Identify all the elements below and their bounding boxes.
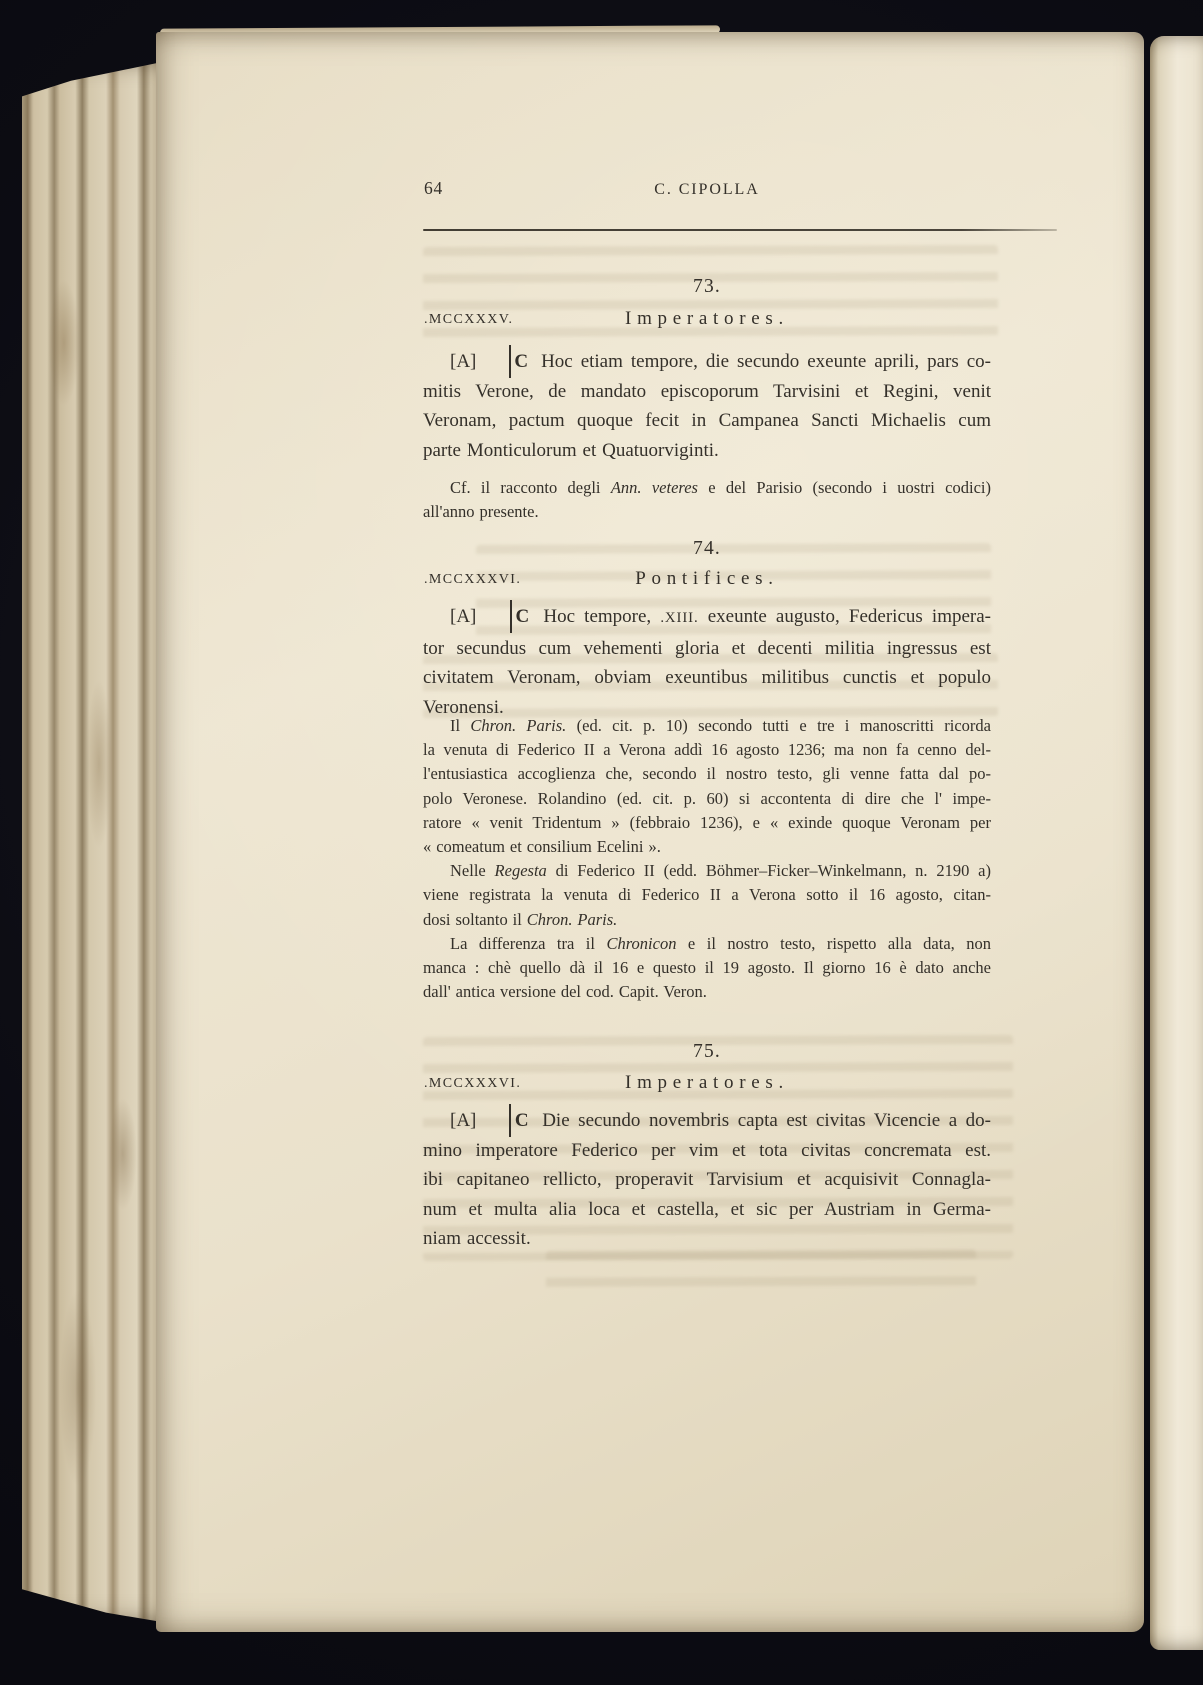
text-run: viene registrata la venuta di Federico I… (423, 885, 991, 904)
text-run: Cf. il racconto degli (450, 478, 611, 497)
text-line: l'entusiastica accoglienza che, secondo … (423, 762, 991, 786)
text-run: parte Monticulorum et Quatuorviginti. (423, 440, 719, 461)
text-run: [A] (450, 351, 484, 372)
text-line: parte Monticulorum et Quatuorviginti. (423, 436, 991, 466)
header-rule (423, 229, 1057, 231)
note-paragraph: La differenza tra il Chronicon e il nost… (423, 932, 991, 1005)
text-line: manca : chè quello dà il 16 e questo il … (423, 956, 991, 980)
text-line: [A] C Die secundo novembris capta est ci… (423, 1106, 991, 1136)
section-heading: Imperatores. (423, 1072, 991, 1094)
capitulum-icon: C (484, 347, 533, 377)
body-paragraph: [A] C Hoc tempore, .XIII. exeunte august… (423, 602, 991, 722)
text-run: e il nostro testo, rispetto alla data, n… (676, 934, 991, 953)
text-run: [A] (450, 1110, 485, 1131)
text-run: mino imperatore Federico per vim et tota… (423, 1140, 991, 1161)
text-line: Cf. il racconto degli Ann. veteres e del… (423, 476, 991, 500)
text-run: dosi soltanto il (423, 910, 527, 929)
text-line: ratore « venit Tridentum » (febbraio 123… (423, 811, 991, 835)
text-line: « comeatum et consilium Ecelini ». (423, 835, 991, 859)
text-line: num et multa alia loca et castella, et s… (423, 1195, 991, 1225)
text-line: mitis Verone, de mandato episcoporum Tar… (423, 377, 991, 407)
text-run: Il (450, 716, 470, 735)
text-run: Chronicon (606, 934, 676, 953)
text-line: all'anno presente. (423, 500, 991, 524)
text-run: dall' antica versione del cod. Capit. Ve… (423, 982, 707, 1001)
text-line: tor secundus cum vehementi gloria et dec… (423, 634, 991, 664)
text-block: 64 C. CIPOLLA 73. .MCCXXXV. Imperatores.… (423, 32, 991, 1632)
text-run: Hoc etiam tempore, die secundo exeunte a… (533, 351, 991, 372)
body-paragraph: [A] C Hoc etiam tempore, die secundo exe… (423, 347, 991, 465)
notes-block: Il Chron. Paris. (ed. cit. p. 10) second… (423, 714, 991, 1004)
section-heading: Pontifices. (423, 568, 991, 590)
note-paragraph: Il Chron. Paris. (ed. cit. p. 10) second… (423, 714, 991, 859)
text-line: niam accessit. (423, 1224, 991, 1254)
section-number: 74. (423, 538, 991, 560)
text-run: Veronam, pactum quoque fecit in Campanea… (423, 410, 991, 431)
text-run: niam accessit. (423, 1228, 531, 1249)
text-line: Veronam, pactum quoque fecit in Campanea… (423, 406, 991, 436)
note-paragraph: Cf. il racconto degli Ann. veteres e del… (423, 476, 991, 524)
text-line: la venuta di Federico II a Verona addì 1… (423, 738, 991, 762)
book-page: 64 C. CIPOLLA 73. .MCCXXXV. Imperatores.… (156, 32, 1144, 1632)
text-run: manca : chè quello dà il 16 e questo il … (423, 958, 991, 977)
text-line: dosi soltanto il Chron. Paris. (423, 908, 991, 932)
text-line: dall' antica versione del cod. Capit. Ve… (423, 980, 991, 1004)
text-run: di Federico II (edd. Böhmer–Ficker–Winke… (547, 861, 991, 880)
text-run: mitis Verone, de mandato episcoporum Tar… (423, 381, 991, 402)
capitulum-icon: C (485, 1106, 534, 1136)
text-run: l'entusiastica accoglienza che, secondo … (423, 764, 991, 783)
adjacent-page-edge (1150, 36, 1203, 1650)
text-run: la venuta di Federico II a Verona addì 1… (423, 740, 991, 759)
running-header: C. CIPOLLA (423, 181, 991, 199)
text-line: mino imperatore Federico per vim et tota… (423, 1136, 991, 1166)
text-run: [A] (450, 606, 486, 627)
book-photo: 64 C. CIPOLLA 73. .MCCXXXV. Imperatores.… (0, 0, 1203, 1685)
text-run: civitatem Veronam, obviam exeuntibus mil… (423, 667, 991, 688)
text-line: polo Veronese. Rolandino (ed. cit. p. 60… (423, 787, 991, 811)
text-run: polo Veronese. Rolandino (ed. cit. p. 60… (423, 789, 991, 808)
body-paragraph: [A] C Die secundo novembris capta est ci… (423, 1106, 991, 1254)
text-run: .XIII. (660, 610, 698, 626)
note-paragraph: Nelle Regesta di Federico II (edd. Böhme… (423, 859, 991, 932)
section-heading: Imperatores. (423, 308, 991, 330)
text-run: Die secundo novembris capta est civitas … (534, 1110, 991, 1131)
text-run: all'anno presente. (423, 502, 539, 521)
page-stack-edges (22, 62, 162, 1622)
text-run: Chron. Paris. (527, 910, 618, 929)
text-line: ibi capitaneo rellicto, properavit Tarvi… (423, 1165, 991, 1195)
capitulum-icon: C (486, 602, 535, 632)
text-line: [A] C Hoc tempore, .XIII. exeunte august… (423, 602, 991, 634)
text-run: Hoc tempore, (534, 606, 660, 627)
text-line: viene registrata la venuta di Federico I… (423, 883, 991, 907)
text-run: (ed. cit. p. 10) secondo tutti e tre i m… (566, 716, 991, 735)
text-run: Chron. Paris. (470, 716, 566, 735)
text-run: ratore « venit Tridentum » (febbraio 123… (423, 813, 991, 832)
text-line: La differenza tra il Chronicon e il nost… (423, 932, 991, 956)
text-run: Nelle (450, 861, 495, 880)
text-line: civitatem Veronam, obviam exeuntibus mil… (423, 663, 991, 693)
text-run: ibi capitaneo rellicto, properavit Tarvi… (423, 1169, 991, 1190)
section-number: 75. (423, 1041, 991, 1063)
text-line: Il Chron. Paris. (ed. cit. p. 10) second… (423, 714, 991, 738)
text-run: exeunte augusto, Federicus impera- (699, 606, 991, 627)
text-run: e del Parisio (secondo i uostri codici) (698, 478, 991, 497)
text-run: « comeatum et consilium Ecelini ». (423, 837, 661, 856)
text-run: La differenza tra il (450, 934, 606, 953)
text-run: Regesta (495, 861, 547, 880)
text-line: Nelle Regesta di Federico II (edd. Böhme… (423, 859, 991, 883)
text-line: [A] C Hoc etiam tempore, die secundo exe… (423, 347, 991, 377)
text-run: Ann. veteres (611, 478, 698, 497)
text-run: tor secundus cum vehementi gloria et dec… (423, 638, 991, 659)
text-run: num et multa alia loca et castella, et s… (423, 1199, 991, 1220)
section-number: 73. (423, 276, 991, 298)
